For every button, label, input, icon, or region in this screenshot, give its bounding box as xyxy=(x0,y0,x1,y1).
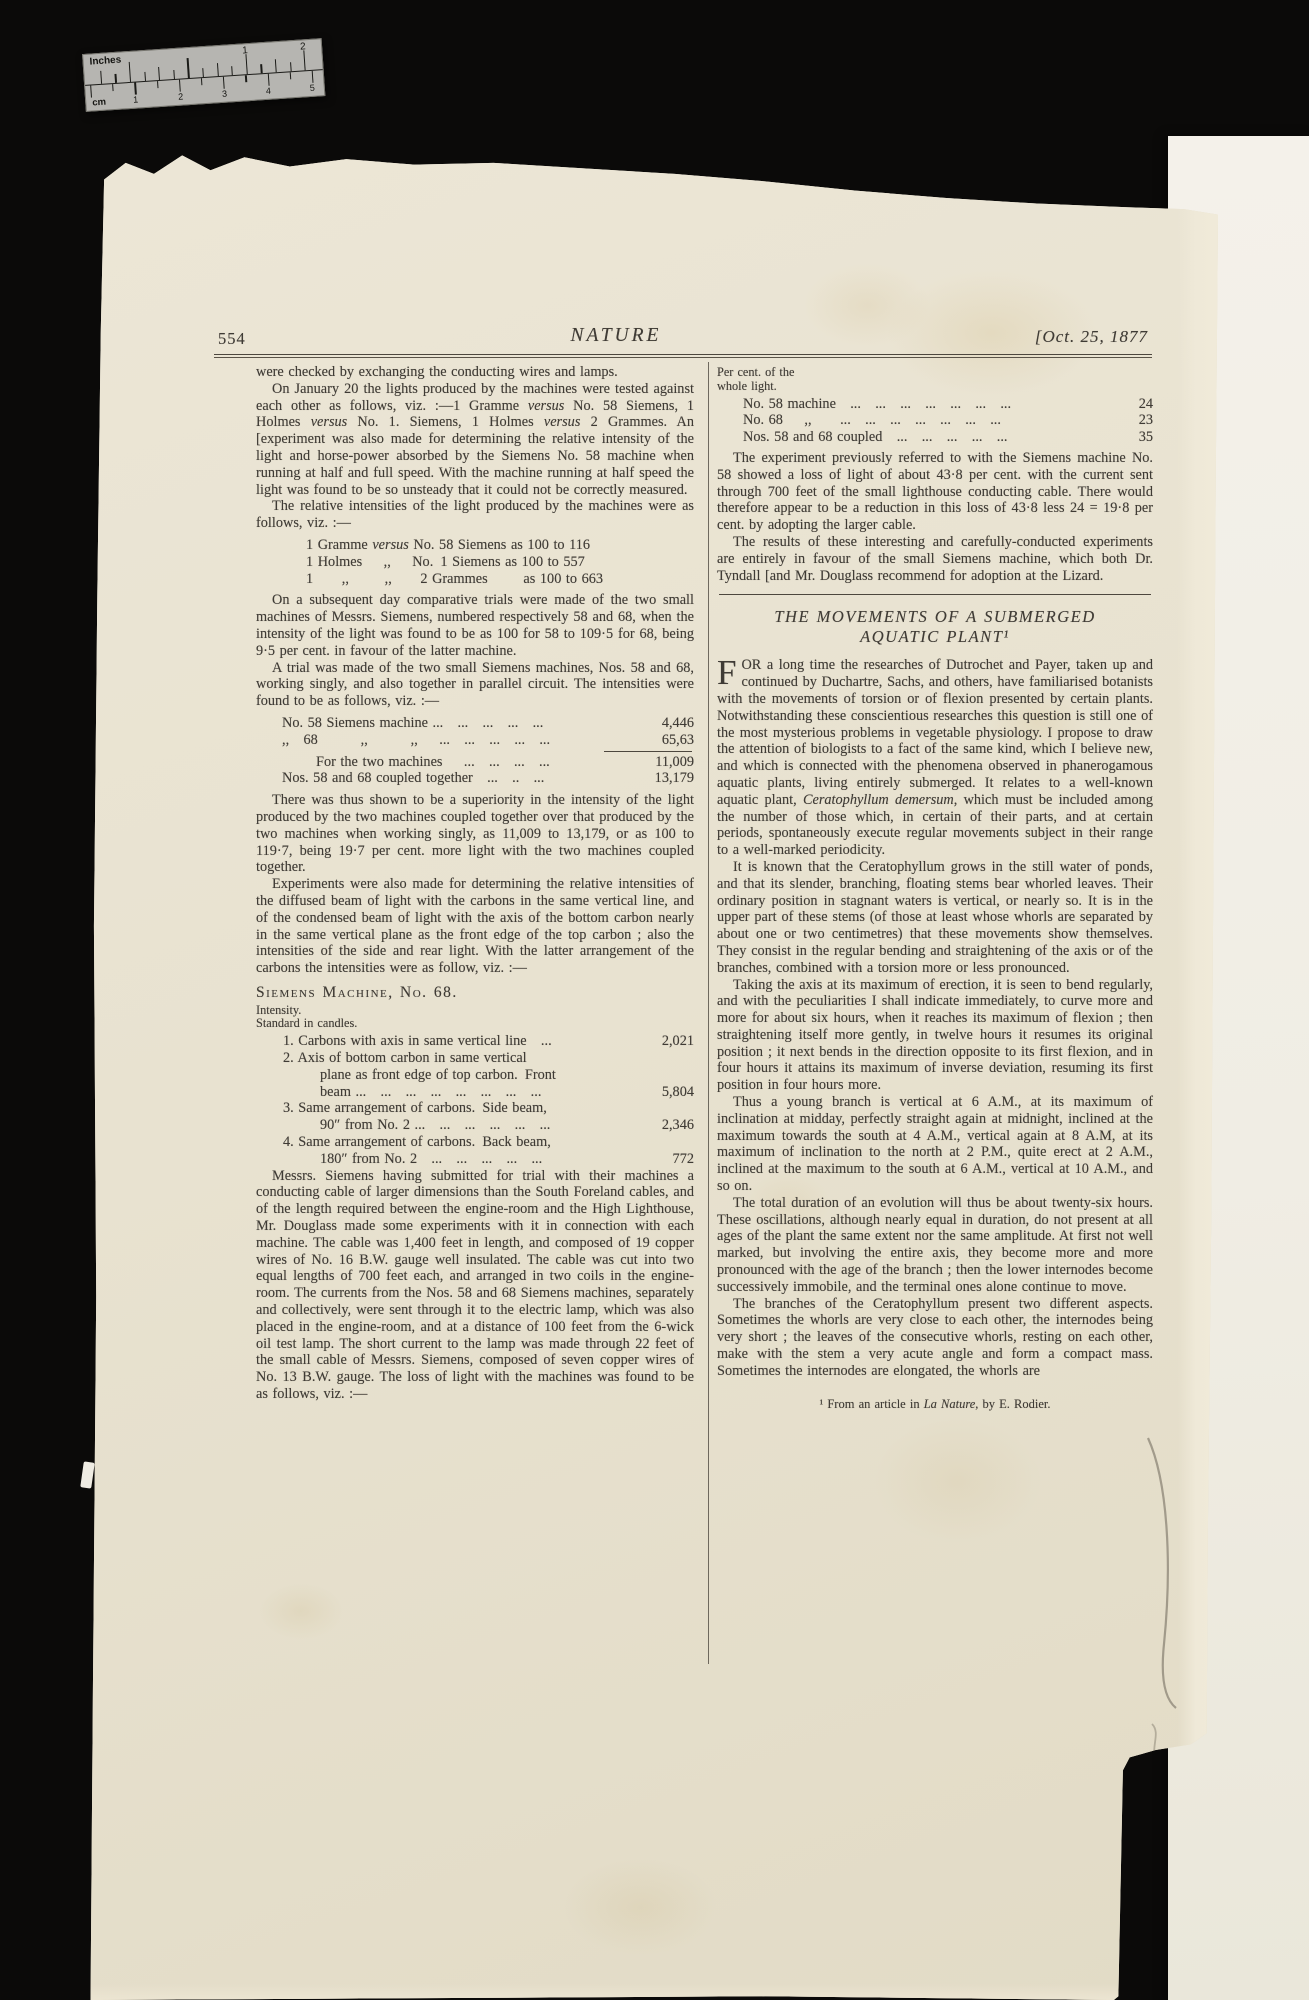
paragraph: Thus a young branch is vertical at 6 A.M… xyxy=(717,1094,1153,1195)
table-row: 1 Gramme versus No. 58 Siemens as 100 to… xyxy=(306,537,694,554)
paragraph: FOR a long time the researches of Dutroc… xyxy=(717,657,1153,859)
table-row: 180″ from No. 2 ... ... ... ... ...772 xyxy=(256,1151,694,1168)
paragraph: were checked by exchanging the conductin… xyxy=(256,364,694,381)
table-row: For the two machines ... ... ... ...11,0… xyxy=(256,754,694,771)
table-row: 1 ,, ,, 2 Grammes as 100 to 663 xyxy=(306,571,694,588)
percent-table: No. 58 machine ... ... ... ... ... ... .… xyxy=(717,396,1153,446)
ruler-tick xyxy=(290,72,292,79)
pencil-bracket-annotation xyxy=(1138,1434,1186,1794)
intensity-column-header: Intensity.Standard in candles. xyxy=(256,1004,692,1032)
paragraph: It is known that the Ceratophyllum grows… xyxy=(717,859,1153,977)
scanned-page-photo: 554 NATURE [Oct. 25, 1877 were checked b… xyxy=(0,0,1309,2000)
table-row: No. 58 Siemens machine ... ... ... ... .… xyxy=(256,715,694,732)
table-row: Nos. 58 and 68 coupled together ... .. .… xyxy=(256,770,694,787)
ruler-tick xyxy=(245,75,247,82)
table-row: 3. Same arrangement of carbons. Side bea… xyxy=(256,1100,694,1117)
ruler-tick xyxy=(312,71,314,83)
ruler-tick xyxy=(267,74,269,86)
footnote: ¹ From an article in La Nature, by E. Ro… xyxy=(717,1396,1153,1413)
ruler-inch-ticks xyxy=(83,39,320,55)
ruler-tick xyxy=(187,58,190,78)
table-row: 1 Holmes ,, No. 1 Siemens as 100 to 557 xyxy=(306,554,694,571)
paragraph: The experiment previously referred to wi… xyxy=(717,450,1153,534)
ruler-tick xyxy=(179,80,181,92)
ruler-cm-number: 5 xyxy=(309,83,315,93)
paragraph: The total duration of an evolution will … xyxy=(717,1195,1153,1296)
paragraph: Messrs. Siemens having submitted for tri… xyxy=(256,1168,694,1403)
ruler-cm-label: cm xyxy=(92,97,106,109)
ruler-tick xyxy=(304,50,307,70)
ruler-tick xyxy=(202,68,204,77)
table-row: Nos. 58 and 68 coupled ... ... ... ... .… xyxy=(717,429,1153,446)
ruler-tick xyxy=(134,83,136,95)
section-subheading: Siemens Machine, No. 68. xyxy=(256,985,694,1002)
paragraph: On January 20 the lights produced by the… xyxy=(256,381,694,499)
paragraph: On a subsequent day comparative trials w… xyxy=(256,592,694,659)
ruler-tick xyxy=(201,78,203,85)
paragraph: The results of these interesting and car… xyxy=(717,534,1153,584)
ruler-midline xyxy=(85,69,323,86)
table-row: 2. Axis of bottom carbon in same vertica… xyxy=(256,1050,694,1067)
table-row: No. 68 ,, ... ... ... ... ... ... ...23 xyxy=(717,412,1153,429)
ruler-tick xyxy=(173,70,175,79)
header-rule xyxy=(214,354,1152,358)
paragraph: Experiments were also made for determini… xyxy=(256,876,694,977)
comparison-table: 1 Gramme versus No. 58 Siemens as 100 to… xyxy=(306,537,694,587)
machine-output-table: No. 58 Siemens machine ... ... ... ... .… xyxy=(256,715,694,787)
sum-rule xyxy=(604,751,692,752)
ruler-tick xyxy=(90,86,92,98)
column-divider xyxy=(708,362,709,1664)
ruler-cm-number: 2 xyxy=(178,91,184,101)
ruler-cm-ticks xyxy=(83,39,320,55)
right-column: Per cent. of thewhole light. No. 58 mach… xyxy=(717,364,1153,1412)
ruler-tick xyxy=(157,81,159,88)
ruler-tick xyxy=(223,77,225,89)
paper-chip xyxy=(80,1461,95,1488)
article-title: AQUATIC PLANT¹ xyxy=(717,627,1153,647)
paragraph: The relative intensities of the light pr… xyxy=(256,498,694,532)
table-row: ,, 68 ,, ,, ... ... ... ... ...65,63 xyxy=(256,732,694,749)
table-row: No. 58 machine ... ... ... ... ... ... .… xyxy=(717,396,1153,413)
percent-column-header: Per cent. of thewhole light. xyxy=(717,366,1151,394)
table-row: 1. Carbons with axis in same vertical li… xyxy=(256,1033,694,1050)
table-row: beam ... ... ... ... ... ... ... ...5,80… xyxy=(256,1084,694,1101)
table-row: 90″ from No. 2 ... ... ... ... ... ...2,… xyxy=(256,1117,694,1134)
article-title: THE MOVEMENTS OF A SUBMERGED xyxy=(717,607,1153,627)
journal-title: NATURE xyxy=(86,325,1146,347)
ruler-cm-number: 4 xyxy=(266,86,272,96)
drop-cap: F xyxy=(717,657,741,687)
ruler-tick xyxy=(275,59,277,72)
ruler-tick xyxy=(158,67,160,80)
paragraph: The branches of the Ceratophyllum presen… xyxy=(717,1296,1153,1380)
ruler-tick xyxy=(261,64,263,73)
issue-date: [Oct. 25, 1877 xyxy=(1035,327,1148,347)
ruler-tick xyxy=(144,72,146,81)
ruler-tick xyxy=(245,54,248,74)
ruler-inches-label: Inches xyxy=(89,54,121,67)
table-row: plane as front edge of top carbon. Front xyxy=(256,1067,694,1084)
ruler-tick xyxy=(290,62,292,71)
article-separator-rule xyxy=(719,594,1151,595)
ruler-tick xyxy=(129,62,132,82)
journal-page: 554 NATURE [Oct. 25, 1877 were checked b… xyxy=(86,148,1218,2000)
ruler-tick xyxy=(115,74,117,83)
ruler-tick xyxy=(217,63,219,76)
intensity-table: 1. Carbons with axis in same vertical li… xyxy=(256,1033,694,1167)
ruler-tick xyxy=(112,84,114,91)
paragraph: A trial was made of the two small Siemen… xyxy=(256,660,694,710)
paragraph: There was thus shown to be a superiority… xyxy=(256,792,694,876)
table-row: 4. Same arrangement of carbons. Back bea… xyxy=(256,1134,694,1151)
left-column: were checked by exchanging the conductin… xyxy=(256,364,694,1403)
ruler-cm-number: 3 xyxy=(222,89,228,99)
ruler-cm-number: 1 xyxy=(133,94,139,104)
paragraph: Taking the axis at its maximum of erecti… xyxy=(717,977,1153,1095)
ruler: Inches cm 1 2 1 2 3 4 5 xyxy=(82,38,325,112)
ruler-tick xyxy=(100,71,102,84)
ruler-tick xyxy=(231,66,233,75)
